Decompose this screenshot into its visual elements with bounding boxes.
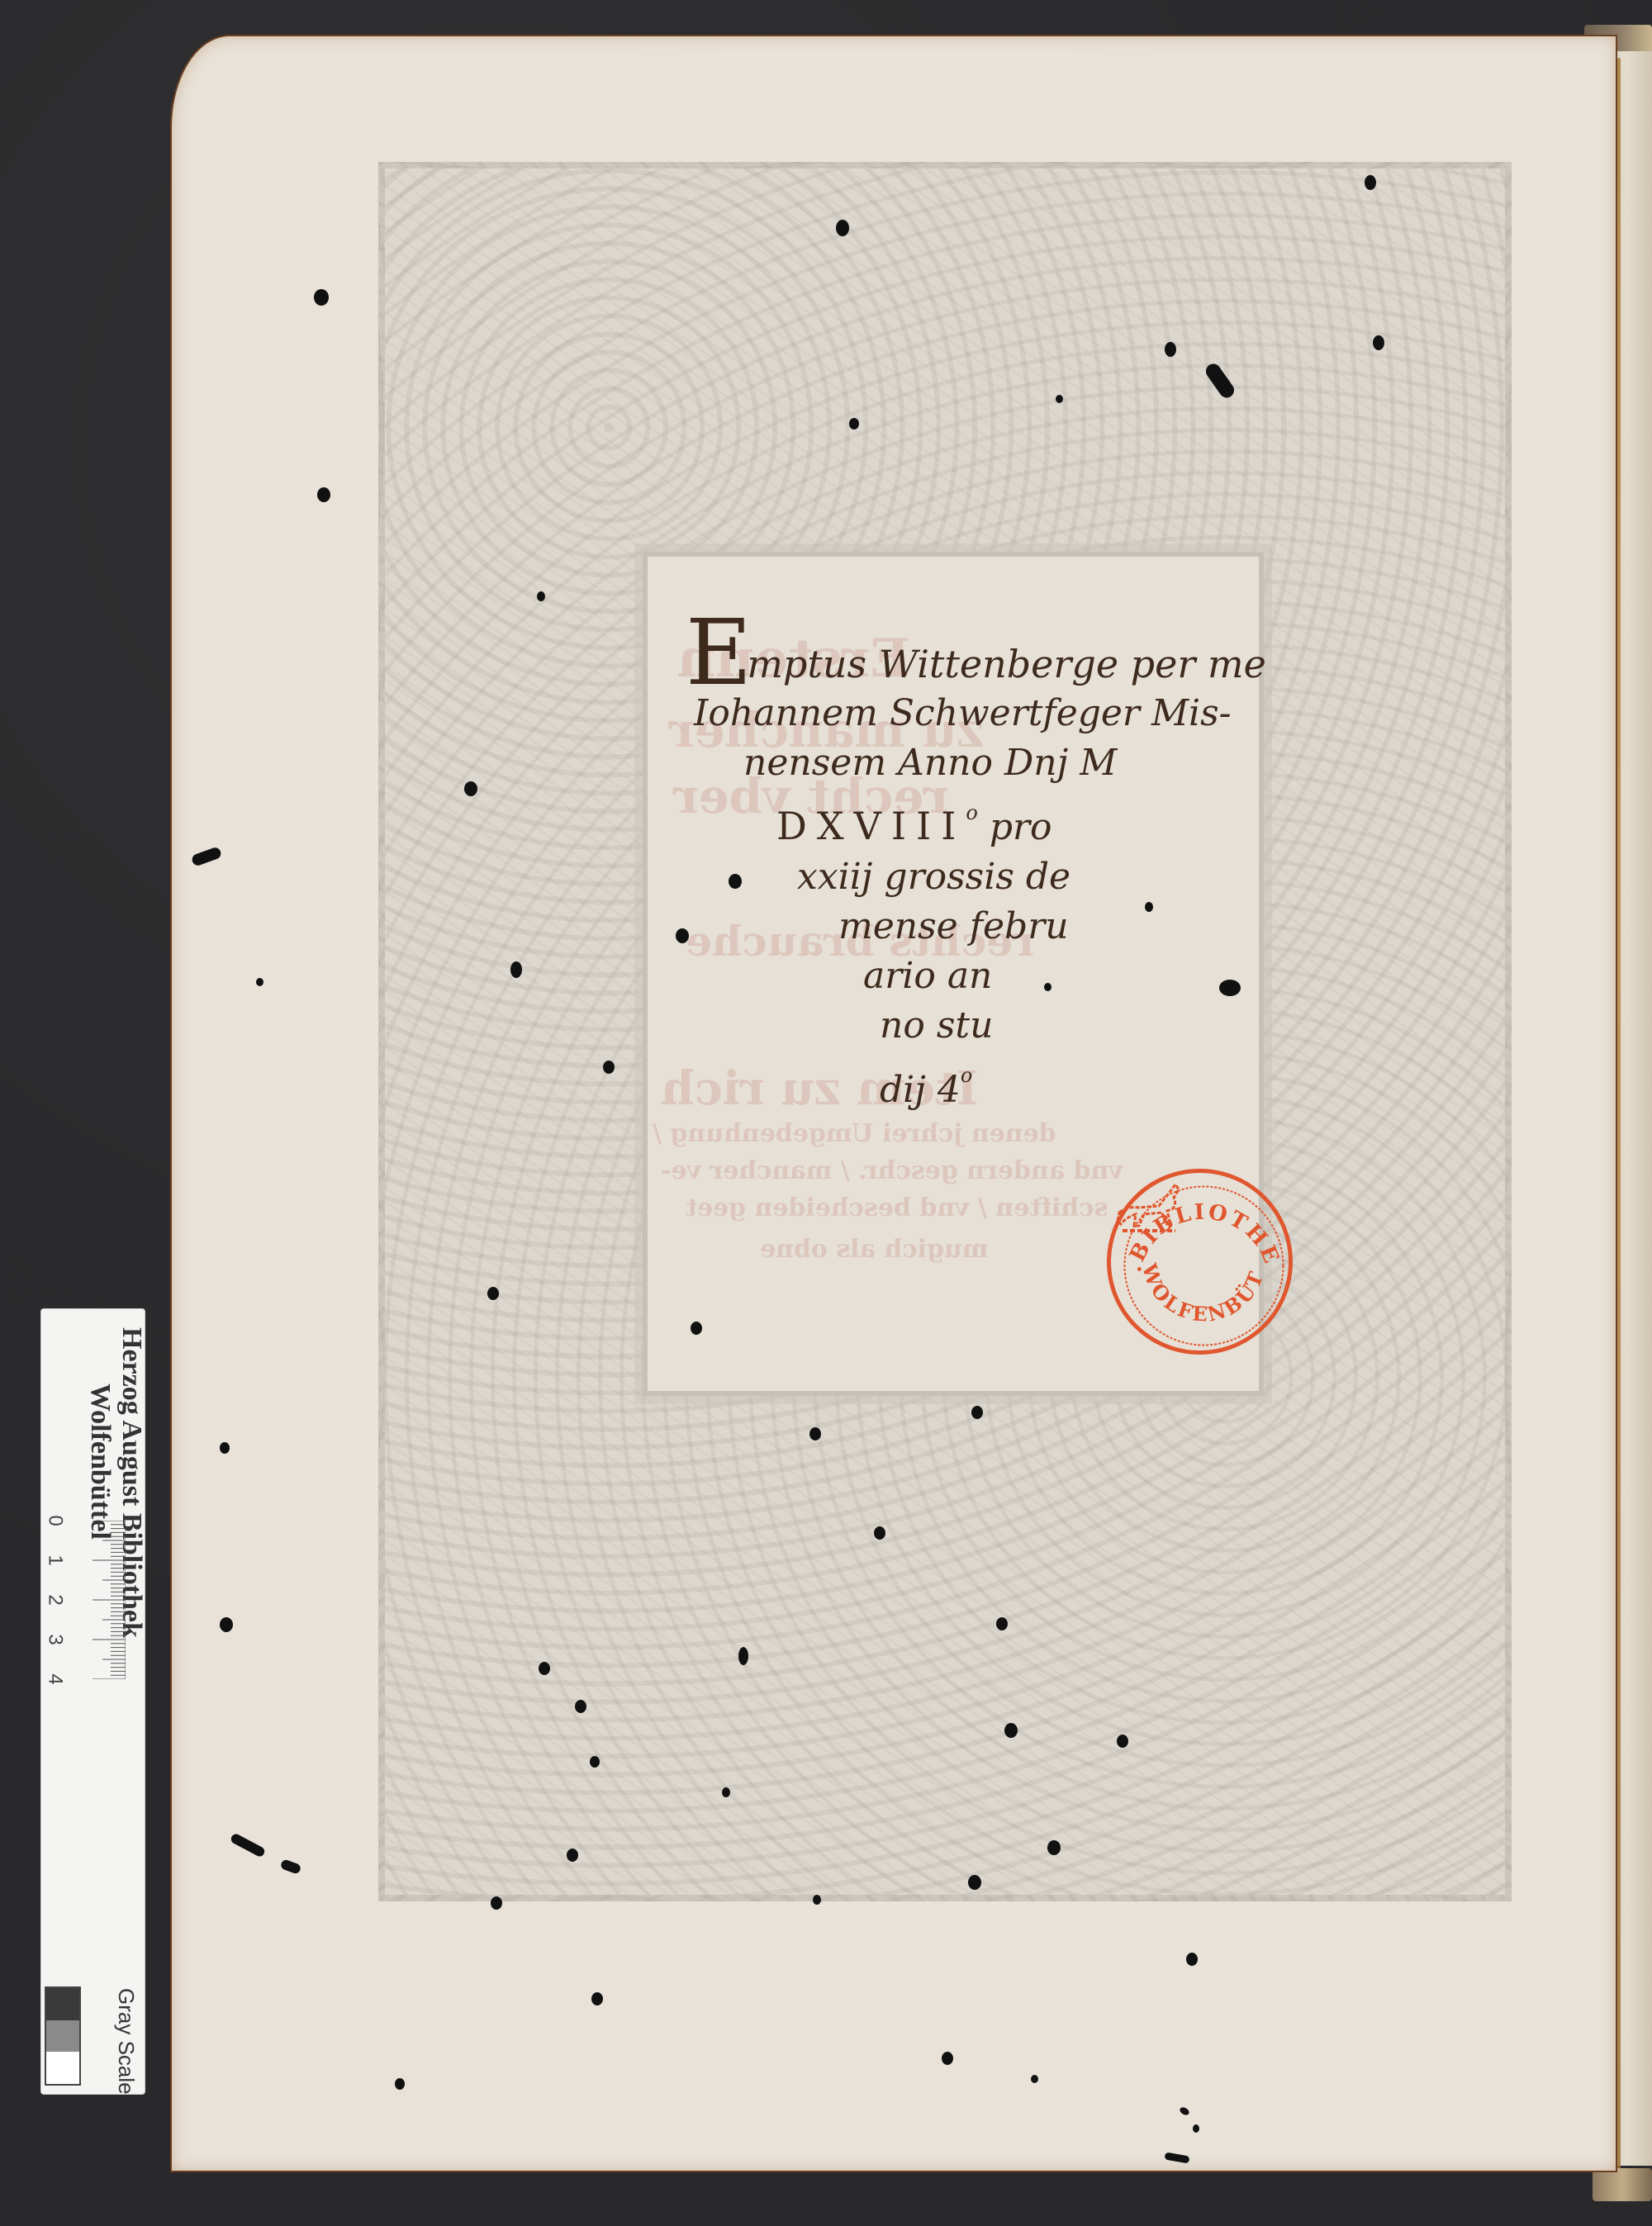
ruler-tick-marks: [93, 1521, 126, 1679]
ruler-label-3: 3: [44, 1634, 67, 1645]
horse-emblem-icon: [1111, 1173, 1187, 1239]
ruler-label-0: 0: [44, 1515, 67, 1526]
showthrough-line: mugich als obne: [760, 1235, 989, 1264]
gray-swatch-mid: [46, 2020, 79, 2053]
ruler-label-4: 4: [44, 1673, 67, 1684]
gray-swatch-light: [46, 2052, 79, 2084]
library-stamp: H.Z.BIBLIOTHEK.T. WOLFENBÜT.: [1107, 1169, 1293, 1355]
gray-scale-swatches: [45, 1986, 81, 2086]
inscription-line-8: no stu: [661, 1001, 1256, 1051]
showthrough-line: schiften / vnd bescheiden geet: [686, 1194, 1108, 1222]
inscription-line-5: xxiij grossis de: [661, 852, 1256, 902]
binding-gutter-crack: [1617, 58, 1621, 2172]
gray-scale-label: Gray Scale: [113, 1988, 139, 2095]
ruler-label-1: 1: [44, 1554, 67, 1565]
color-scale-bar: Herzog August Bibliothek Wolfenbüttel 0 …: [41, 1309, 145, 2094]
ruler-label-2: 2: [44, 1594, 67, 1605]
showthrough-line: denen jchrei Umgebenhung /: [653, 1119, 1056, 1148]
scale-city-label: Wolfenbüttel: [84, 1384, 116, 1540]
inscription-line-2: Iohannem Schwertfeger Mis-: [661, 689, 1256, 738]
binding-corner-bottom: [1593, 2168, 1652, 2201]
inscription-line-6: mense febru: [661, 902, 1256, 952]
showthrough-line: vnd andern geschr. / mancher ve-: [661, 1156, 1123, 1185]
inscription-line-3: nensem Anno Dnj M: [661, 738, 1256, 788]
ruler: [93, 1521, 126, 1679]
inscription-line-7: ario an: [661, 952, 1256, 1001]
inscription-line-9: dij 4o: [661, 1051, 1256, 1115]
gray-swatch-dark: [46, 1988, 79, 2020]
handwritten-inscription: Emptus Wittenberge per me Iohannem Schwe…: [661, 628, 1256, 1115]
inscription-line-4: DXVIIIo pro: [661, 788, 1256, 852]
inscription-line-1: Emptus Wittenberge per me: [661, 628, 1256, 689]
